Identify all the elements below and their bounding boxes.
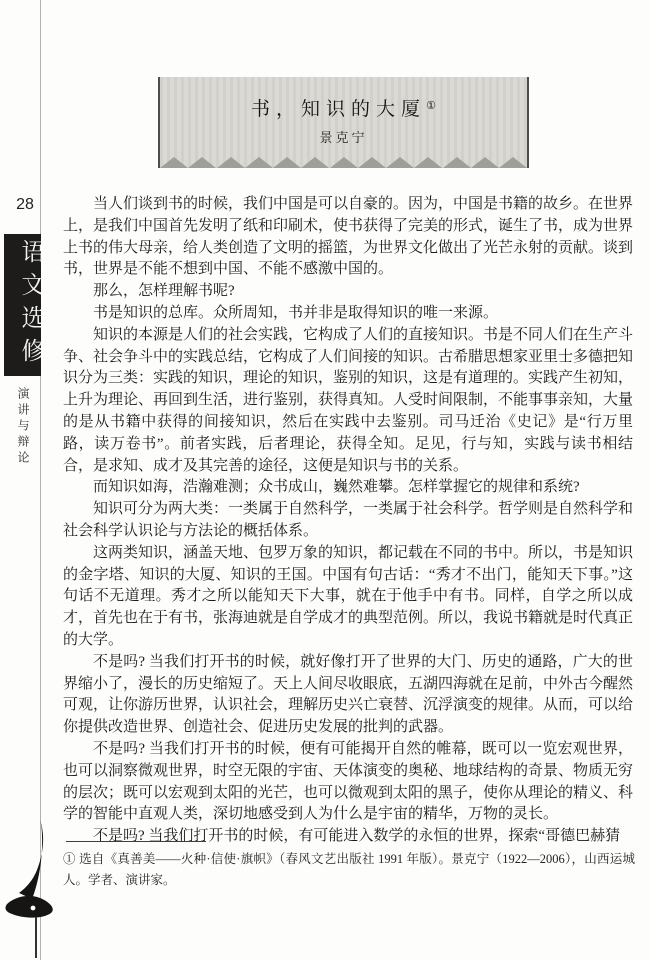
footnote-text: ① 选自《真善美——火种·信使·旗帜》（春风文艺出版社 1991 年版）。景克宁…	[63, 852, 635, 887]
zigzag-triangle	[160, 157, 188, 168]
zigzag-triangle	[188, 157, 216, 168]
article-paragraph: 知识的本源是人们的社会实践，它构成了人们的直接知识。书是不同人们在生产斗争、社会…	[63, 325, 633, 478]
article-paragraph: 不是吗? 当我们打开书的时候，就好像打开了世界的大门、历史的通路，广大的世界缩小…	[63, 652, 633, 739]
zigzag-triangle	[414, 157, 442, 168]
article-paragraph: 当人们谈到书的时候，我们中国是可以自豪的。因为，中国是书籍的故乡。在世界上，是我…	[63, 194, 633, 281]
zigzag-triangle	[245, 157, 273, 168]
article-paragraph: 这两类知识，涵盖天地、包罗万象的知识，都记载在不同的书中。所以，书是知识的金字塔…	[63, 543, 633, 652]
article-author: 景克宁	[160, 127, 527, 146]
zigzag-triangle	[358, 157, 386, 168]
zigzag-triangle	[217, 157, 245, 168]
subseries-title-vertical: 演讲与辩论	[15, 387, 32, 482]
series-title-vertical: 语文选修	[18, 239, 41, 371]
zigzag-triangle	[499, 157, 527, 168]
zigzag-border-decoration	[160, 157, 527, 168]
article-title-box: 书，知识的大厦① 景克宁	[158, 77, 529, 168]
article-paragraph: 而知识如海，浩瀚难测；众书成山，巍然难攀。怎样掌握它的规律和系统?	[63, 477, 633, 499]
article-title-text: 书，知识的大厦	[251, 99, 426, 120]
article-title: 书，知识的大厦①	[160, 94, 527, 121]
page-number: 28	[11, 196, 39, 214]
zigzag-triangle	[273, 157, 301, 168]
zigzag-triangle	[301, 157, 329, 168]
article-paragraph: 不是吗? 当我们打开书的时候，便有可能揭开自然的帷幕，既可以一览宏观世界，也可以…	[63, 739, 633, 826]
article-body: 当人们谈到书的时候，我们中国是可以自豪的。因为，中国是书籍的故乡。在世界上，是我…	[63, 194, 633, 848]
series-banner: 语文选修	[4, 234, 41, 376]
zigzag-triangle	[330, 157, 358, 168]
margin-rule-line	[40, 0, 41, 960]
zigzag-triangle	[471, 157, 499, 168]
footnote-separator-line	[66, 841, 206, 842]
title-footnote-mark: ①	[426, 100, 436, 112]
textbook-page: 28 语文选修 演讲与辩论 书，知识的大厦① 景克宁 当人们谈到书的时候，我们中…	[0, 0, 650, 960]
article-paragraph: 那么，怎样理解书呢?	[63, 281, 633, 303]
article-paragraph: 不是吗? 当我们打开书的时候，有可能进入数学的永恒的世界，探索“哥德巴赫猜	[63, 826, 633, 848]
footnote: ① 选自《真善美——火种·信使·旗帜》（春风文艺出版社 1991 年版）。景克宁…	[63, 849, 635, 891]
article-paragraph: 书是知识的总库。众所周知，书并非是取得知识的唯一来源。	[63, 303, 633, 325]
ink-brush-decoration	[2, 818, 64, 958]
zigzag-triangle	[386, 157, 414, 168]
article-paragraph: 知识可分为两大类：一类属于自然科学，一类属于社会科学。哲学则是自然科学和社会科学…	[63, 499, 633, 543]
zigzag-triangle	[443, 157, 471, 168]
